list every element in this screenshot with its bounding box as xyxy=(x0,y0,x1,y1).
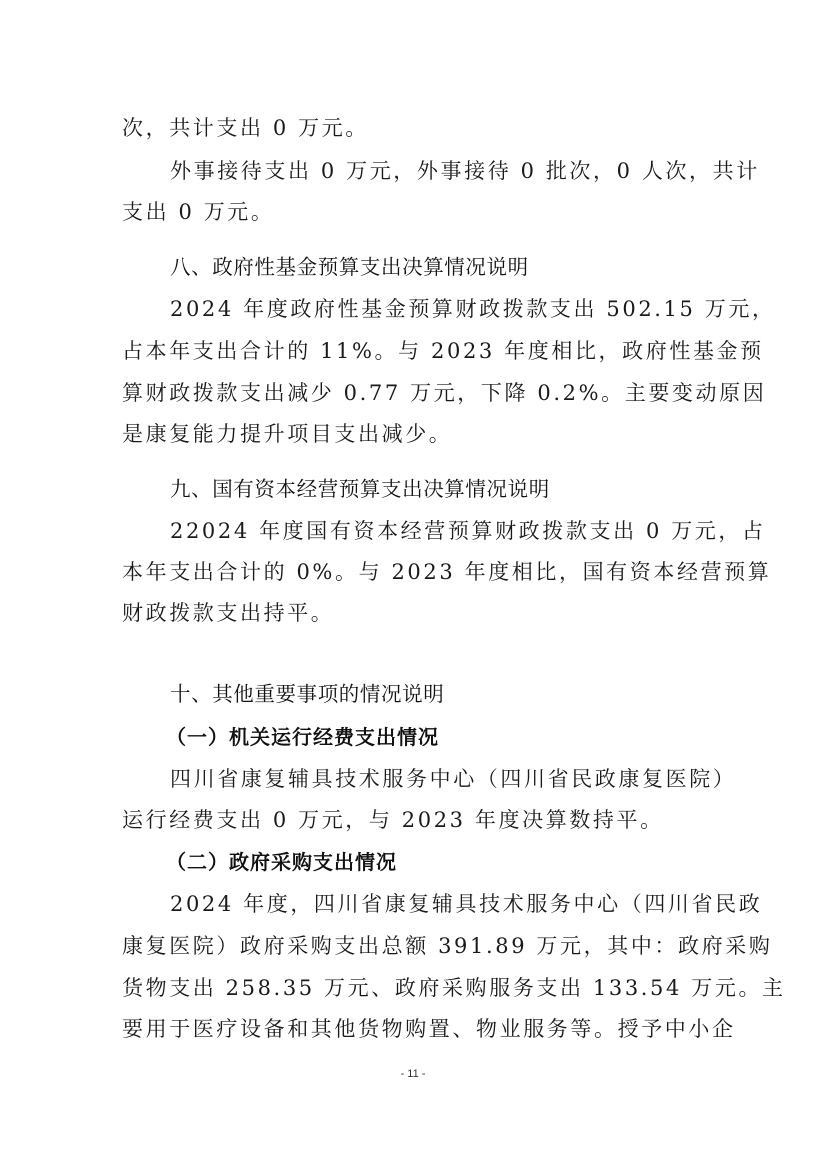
body-text-line: 康复医院）政府采购支出总额 391.89 万元，其中：政府采购 xyxy=(122,931,702,961)
body-text-line: 次，共计支出 0 万元。 xyxy=(122,113,702,143)
body-text-line: 财政拨款支出持平。 xyxy=(122,598,702,628)
section-heading-10: 十、其他重要事项的情况说明 xyxy=(170,679,702,709)
body-text-line: 2024 年度政府性基金预算财政拨款支出 502.15 万元， xyxy=(170,294,702,324)
page-number: - 11 - xyxy=(0,1068,826,1080)
body-text-line: 外事接待支出 0 万元，外事接待 0 批次，0 人次，共计 xyxy=(170,156,702,186)
body-text-line: 2024 年度，四川省康复辅具技术服务中心（四川省民政 xyxy=(170,889,702,919)
body-text-line: 22024 年度国有资本经营预算财政拨款支出 0 万元，占 xyxy=(170,516,702,546)
body-text-line: 运行经费支出 0 万元，与 2023 年度决算数持平。 xyxy=(122,805,702,835)
subsection-heading-2: （二）政府采购支出情况 xyxy=(166,847,698,877)
body-text-line: 支出 0 万元。 xyxy=(122,197,702,227)
section-heading-9: 九、国有资本经营预算支出决算情况说明 xyxy=(170,474,702,504)
subsection-heading-1: （一）机关运行经费支出情况 xyxy=(166,722,698,752)
body-text-line: 是康复能力提升项目支出减少。 xyxy=(122,419,702,449)
body-text-line: 本年支出合计的 0%。与 2023 年度相比，国有资本经营预算 xyxy=(122,557,702,587)
body-text-line: 四川省康复辅具技术服务中心（四川省民政康复医院） xyxy=(170,764,702,794)
body-text-line: 占本年支出合计的 11%。与 2023 年度相比，政府性基金预 xyxy=(122,336,702,366)
body-text-line: 货物支出 258.35 万元、政府采购服务支出 133.54 万元。主 xyxy=(122,973,702,1003)
document-page: 次，共计支出 0 万元。 外事接待支出 0 万元，外事接待 0 批次，0 人次，… xyxy=(0,0,826,1169)
section-heading-8: 八、政府性基金预算支出决算情况说明 xyxy=(170,252,702,282)
body-text-line: 要用于医疗设备和其他货物购置、物业服务等。授予中小企 xyxy=(122,1014,702,1044)
body-text-line: 算财政拨款支出减少 0.77 万元，下降 0.2%。主要变动原因 xyxy=(122,378,702,408)
